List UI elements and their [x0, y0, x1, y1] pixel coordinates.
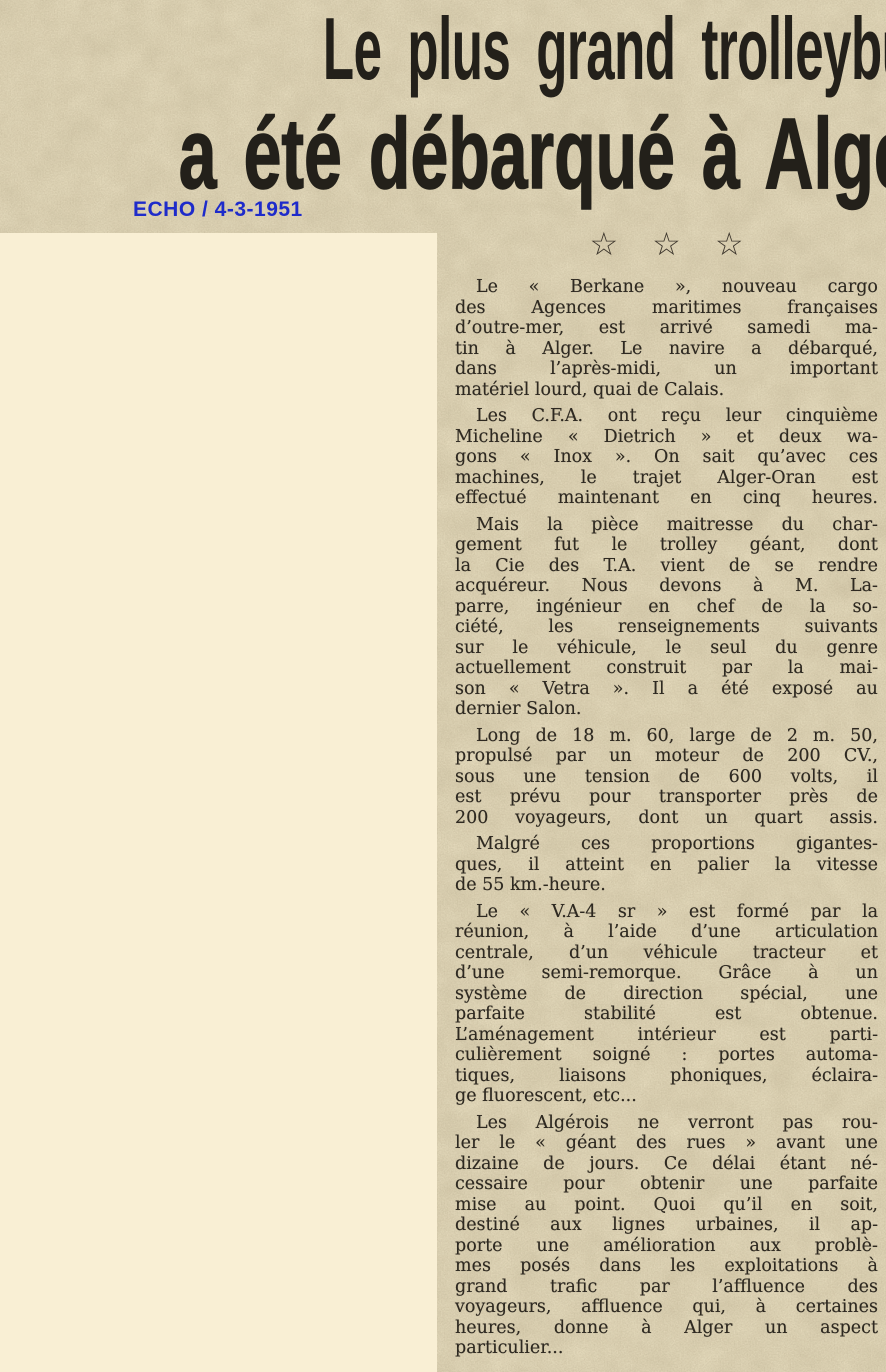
text-line: réunion,àl’aided’unearticulation	[455, 922, 878, 943]
paragraph: LesAlgéroisneverrontpasrou-lerle«géantde…	[455, 1113, 878, 1359]
source-credit: ECHO / 4-3-1951	[133, 197, 303, 223]
text-line: LesC.F.A.ontreçuleurcinquième	[455, 406, 878, 427]
text-line: actuellementconstruitparlamai-	[455, 658, 878, 679]
text-line: ge fluorescent, etc...	[455, 1086, 878, 1107]
text-line: systèmededirectionspécial,une	[455, 984, 878, 1005]
text-line: particulier...	[455, 1338, 878, 1359]
text-line: parfaitestabilitéestobtenue.	[455, 1004, 878, 1025]
headline-line-1-text: Le plus grand trolleybus de France	[323, 2, 886, 96]
text-line: acquéreur.NousdevonsàM.La-	[455, 576, 878, 597]
text-line: surlevéhicule,leseuldugenre	[455, 638, 878, 659]
headline-line-2: a été débarqué à Alger	[0, 104, 886, 204]
text-line: 200voyageurs,dontunquartassis.	[455, 808, 878, 829]
star-icon: ☆	[589, 224, 618, 264]
text-line: parre,ingénieurenchefdelaso-	[455, 597, 878, 618]
paragraph: LesC.F.A.ontreçuleurcinquièmeMicheline«D…	[455, 406, 878, 509]
text-line: destinéauxlignesurbaines,ilap-	[455, 1215, 878, 1236]
text-line: estprévupourtransporterprèsde	[455, 787, 878, 808]
text-line: cessairepourobteniruneparfaite	[455, 1174, 878, 1195]
text-line: laCiedesT.A.vientdeserendre	[455, 556, 878, 577]
text-line: Maislapiècemaitresseduchar-	[455, 515, 878, 536]
text-line: Malgrécesproportionsgigantes-	[455, 834, 878, 855]
text-line: mesposésdanslesexploitationsà	[455, 1256, 878, 1277]
text-line: de 55 km.-heure.	[455, 875, 878, 896]
text-line: centrale,d’unvéhiculetracteuret	[455, 943, 878, 964]
paragraph: Le«V.A-4sr»estforméparlaréunion,àl’aided…	[455, 902, 878, 1107]
star-icon: ☆	[715, 224, 744, 264]
text-line: d’unesemi-remorque.Grâceàun	[455, 963, 878, 984]
text-line: Le«Berkane»,nouveaucargo	[455, 277, 878, 298]
text-line: L’aménagementintérieurestparti-	[455, 1025, 878, 1046]
text-line: effectuémaintenantencinqheures.	[455, 488, 878, 509]
text-line: desAgencesmaritimesfrançaises	[455, 298, 878, 319]
text-line: porteuneaméliorationauxproblè-	[455, 1236, 878, 1257]
text-line: miseaupoint.Quoiqu’ilensoit,	[455, 1195, 878, 1216]
text-line: ciété,lesrenseignementssuivants	[455, 617, 878, 638]
newspaper-clipping: Le plus grand trolleybus de France a été…	[0, 0, 886, 1372]
text-line: Micheline«Dietrich»etdeuxwa-	[455, 427, 878, 448]
text-line: dansl’après-midi,unimportant	[455, 359, 878, 380]
text-line: heures,donneàAlgerunaspect	[455, 1318, 878, 1339]
text-line: lerle«géantdesrues»avantune	[455, 1133, 878, 1154]
headline-line-2-text: a été débarqué à Alger	[179, 104, 886, 204]
text-line: LesAlgéroisneverrontpasrou-	[455, 1113, 878, 1134]
removed-photo-area	[0, 233, 437, 1372]
headline-line-1: Le plus grand trolleybus de France	[0, 2, 886, 96]
article-column: ☆ ☆ ☆ Le«Berkane»,nouveaucargodesAgences…	[455, 224, 878, 1365]
text-line: tiques,liaisonsphoniques,éclaira-	[455, 1066, 878, 1087]
paragraph: Le«Berkane»,nouveaucargodesAgencesmariti…	[455, 277, 878, 400]
text-line: matériel lourd, quai de Calais.	[455, 380, 878, 401]
text-line: son«Vetra».Ilaétéexposéau	[455, 679, 878, 700]
text-line: sousunetensionde600volts,il	[455, 767, 878, 788]
text-line: ques,ilatteintenpalierlavitesse	[455, 855, 878, 876]
paragraph: Malgrécesproportionsgigantes-ques,ilatte…	[455, 834, 878, 896]
text-line: culièrementsoigné:portesautoma-	[455, 1045, 878, 1066]
article-headline: Le plus grand trolleybus de France a été…	[0, 2, 886, 204]
text-line: Longde18m.60,largede2m.50,	[455, 726, 878, 747]
paragraph: Maislapiècemaitresseduchar-gementfutletr…	[455, 515, 878, 720]
text-line: dernier Salon.	[455, 699, 878, 720]
text-line: machines,letrajetAlger-Oranest	[455, 468, 878, 489]
text-line: tinàAlger.Lenavireadébarqué,	[455, 339, 878, 360]
star-icon: ☆	[652, 224, 681, 264]
text-line: d’outre-mer,estarrivésamedima-	[455, 318, 878, 339]
text-line: gons«Inox».Onsaitqu’avecces	[455, 447, 878, 468]
paragraph: Longde18m.60,largede2m.50,propulséparunm…	[455, 726, 878, 829]
text-line: grandtraficparl’affluencedes	[455, 1277, 878, 1298]
text-line: Le«V.A-4sr»estforméparla	[455, 902, 878, 923]
article-body: Le«Berkane»,nouveaucargodesAgencesmariti…	[455, 277, 878, 1359]
star-divider: ☆ ☆ ☆	[455, 224, 878, 264]
text-line: dizainedejours.Cedélaiétantné-	[455, 1154, 878, 1175]
text-line: gementfutletrolleygéant,dont	[455, 535, 878, 556]
text-line: voyageurs,affluencequi,àcertaines	[455, 1297, 878, 1318]
text-line: propulséparunmoteurde200CV.,	[455, 746, 878, 767]
